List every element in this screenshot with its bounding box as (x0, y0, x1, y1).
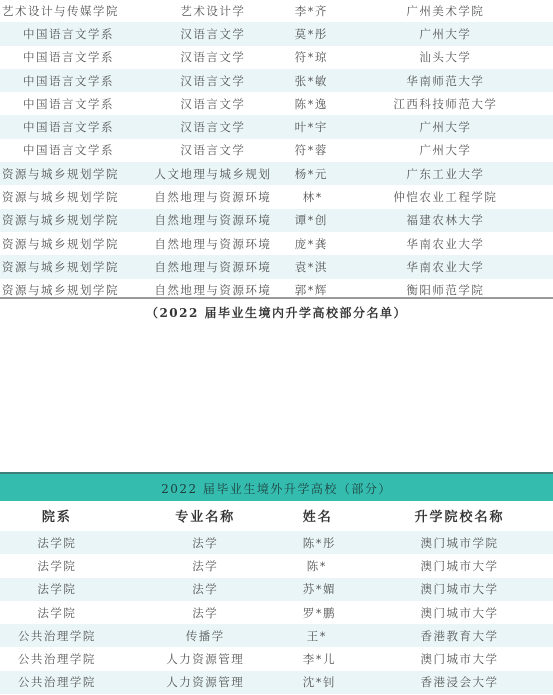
name-cell: 林* (289, 189, 338, 205)
name-cell: 陈* (297, 558, 366, 574)
table-row: 资源与城乡规划学院 自然地理与资源环境 林* 仲恺农业工程学院 (0, 185, 553, 208)
domestic-admissions-table: 艺术设计与传媒学院 艺术设计学 李*齐 广州美术学院 中国语言文学系 汉语言文学… (0, 0, 553, 302)
school-cell: 汕头大学 (338, 49, 553, 65)
school-cell: 华南农业大学 (338, 236, 553, 252)
dept-cell: 中国语言文学系 (0, 73, 137, 89)
school-cell: 江西科技师范大学 (338, 96, 553, 112)
dept-cell: 法学院 (0, 605, 114, 621)
dept-cell: 中国语言文学系 (0, 119, 137, 135)
table-row: 艺术设计与传媒学院 艺术设计学 李*齐 广州美术学院 (0, 0, 553, 22)
name-cell: 庞*龚 (289, 236, 338, 252)
table-row: 法学院 法学 陈*彤 澳门城市学院 (0, 531, 553, 554)
major-cell: 艺术设计学 (137, 3, 289, 19)
overseas-table-header-row: 院系 专业名称 姓名 升学院校名称 (0, 501, 553, 530)
major-cell: 汉语言文学 (137, 73, 289, 89)
dept-cell: 资源与城乡规划学院 (0, 166, 137, 182)
major-cell: 自然地理与资源环境 (137, 259, 289, 275)
name-cell: 李*齐 (289, 3, 338, 19)
table-row: 公共治理学院 人力资源管理 李*儿 澳门城市大学 (0, 647, 553, 670)
table-row: 公共治理学院 传播学 王* 香港教育大学 (0, 624, 553, 647)
major-cell: 人力资源管理 (114, 651, 297, 667)
major-cell: 汉语言文学 (137, 26, 289, 42)
dept-cell: 资源与城乡规划学院 (0, 282, 137, 298)
major-cell: 人力资源管理 (114, 674, 297, 690)
major-cell: 法学 (114, 581, 297, 597)
name-cell: 谭*创 (289, 212, 338, 228)
table-row: 资源与城乡规划学院 自然地理与资源环境 谭*创 福建农林大学 (0, 209, 553, 232)
dept-cell: 法学院 (0, 581, 114, 597)
school-cell: 仲恺农业工程学院 (338, 189, 553, 205)
table-row: 中国语言文学系 汉语言文学 符*蓉 广州大学 (0, 139, 553, 162)
major-cell: 法学 (114, 558, 297, 574)
header-dept: 院系 (0, 506, 114, 525)
dept-cell: 法学院 (0, 558, 114, 574)
major-cell: 汉语言文学 (137, 119, 289, 135)
school-cell: 广东工业大学 (338, 166, 553, 182)
major-cell: 法学 (114, 535, 297, 551)
name-cell: 王* (297, 628, 366, 644)
name-cell: 罗*鹏 (297, 605, 366, 621)
table-row: 法学院 法学 苏*媚 澳门城市大学 (0, 578, 553, 601)
school-cell: 华南师范大学 (338, 73, 553, 89)
major-cell: 汉语言文学 (137, 49, 289, 65)
dept-cell: 资源与城乡规划学院 (0, 236, 137, 252)
dept-cell: 公共治理学院 (0, 651, 114, 667)
major-cell: 人文地理与城乡规划 (137, 166, 289, 182)
major-cell: 汉语言文学 (137, 142, 289, 158)
major-cell: 传播学 (114, 628, 297, 644)
school-cell: 广州大学 (338, 119, 553, 135)
dept-cell: 中国语言文学系 (0, 26, 137, 42)
major-cell: 法学 (114, 605, 297, 621)
school-cell: 香港教育大学 (366, 628, 553, 644)
major-cell: 自然地理与资源环境 (137, 189, 289, 205)
major-cell: 自然地理与资源环境 (137, 282, 289, 298)
dept-cell: 资源与城乡规划学院 (0, 259, 137, 275)
table-row: 资源与城乡规划学院 人文地理与城乡规划 杨*元 广东工业大学 (0, 162, 553, 185)
table-row: 中国语言文学系 汉语言文学 叶*宇 广州大学 (0, 115, 553, 138)
dept-cell: 中国语言文学系 (0, 142, 137, 158)
school-cell: 广州大学 (338, 142, 553, 158)
table-row: 资源与城乡规划学院 自然地理与资源环境 袁*淇 华南农业大学 (0, 255, 553, 278)
name-cell: 叶*宇 (289, 119, 338, 135)
table-row: 中国语言文学系 汉语言文学 莫*彤 广州大学 (0, 22, 553, 45)
major-cell: 自然地理与资源环境 (137, 212, 289, 228)
school-cell: 澳门城市学院 (366, 535, 553, 551)
table-row: 公共治理学院 人力资源管理 沈*钊 香港浸会大学 (0, 671, 553, 694)
overseas-table-title: 2022 届毕业生境外升学高校（部分） (0, 472, 553, 502)
major-cell: 汉语言文学 (137, 96, 289, 112)
header-major: 专业名称 (114, 506, 297, 525)
school-cell: 福建农林大学 (338, 212, 553, 228)
school-cell: 广州大学 (338, 26, 553, 42)
major-cell: 自然地理与资源环境 (137, 236, 289, 252)
table-row: 中国语言文学系 汉语言文学 符*琼 汕头大学 (0, 46, 553, 69)
school-cell: 澳门城市大学 (366, 605, 553, 621)
dept-cell: 公共治理学院 (0, 674, 114, 690)
name-cell: 郭*辉 (289, 282, 338, 298)
school-cell: 广州美术学院 (338, 3, 553, 19)
school-cell: 澳门城市大学 (366, 651, 553, 667)
name-cell: 袁*淇 (289, 259, 338, 275)
dept-cell: 资源与城乡规划学院 (0, 212, 137, 228)
name-cell: 沈*钊 (297, 674, 366, 690)
name-cell: 杨*元 (289, 166, 338, 182)
name-cell: 苏*媚 (297, 581, 366, 597)
dept-cell: 法学院 (0, 535, 114, 551)
table-row: 法学院 法学 罗*鹏 澳门城市大学 (0, 601, 553, 624)
name-cell: 张*敏 (289, 73, 338, 89)
table-bottom-rule (0, 297, 553, 299)
dept-cell: 艺术设计与传媒学院 (0, 3, 137, 19)
school-cell: 澳门城市大学 (366, 581, 553, 597)
overseas-admissions-table: 法学院 法学 陈*彤 澳门城市学院 法学院 法学 陈* 澳门城市大学 法学院 法… (0, 531, 553, 694)
header-name: 姓名 (297, 506, 366, 525)
table-row: 中国语言文学系 汉语言文学 陈*逸 江西科技师范大学 (0, 92, 553, 115)
header-school: 升学院校名称 (366, 506, 553, 525)
table-row: 资源与城乡规划学院 自然地理与资源环境 庞*龚 华南农业大学 (0, 232, 553, 255)
school-cell: 华南农业大学 (338, 259, 553, 275)
name-cell: 符*琼 (289, 49, 338, 65)
name-cell: 陈*逸 (289, 96, 338, 112)
table-row: 法学院 法学 陈* 澳门城市大学 (0, 554, 553, 577)
name-cell: 陈*彤 (297, 535, 366, 551)
dept-cell: 中国语言文学系 (0, 96, 137, 112)
table-row: 中国语言文学系 汉语言文学 张*敏 华南师范大学 (0, 69, 553, 92)
domestic-table-caption: （2022 届毕业生境内升学高校部分名单） (0, 304, 553, 321)
name-cell: 符*蓉 (289, 142, 338, 158)
dept-cell: 公共治理学院 (0, 628, 114, 644)
name-cell: 莫*彤 (289, 26, 338, 42)
school-cell: 衡阳师范学院 (338, 282, 553, 298)
dept-cell: 中国语言文学系 (0, 49, 137, 65)
school-cell: 香港浸会大学 (366, 674, 553, 690)
dept-cell: 资源与城乡规划学院 (0, 189, 137, 205)
name-cell: 李*儿 (297, 651, 366, 667)
school-cell: 澳门城市大学 (366, 558, 553, 574)
